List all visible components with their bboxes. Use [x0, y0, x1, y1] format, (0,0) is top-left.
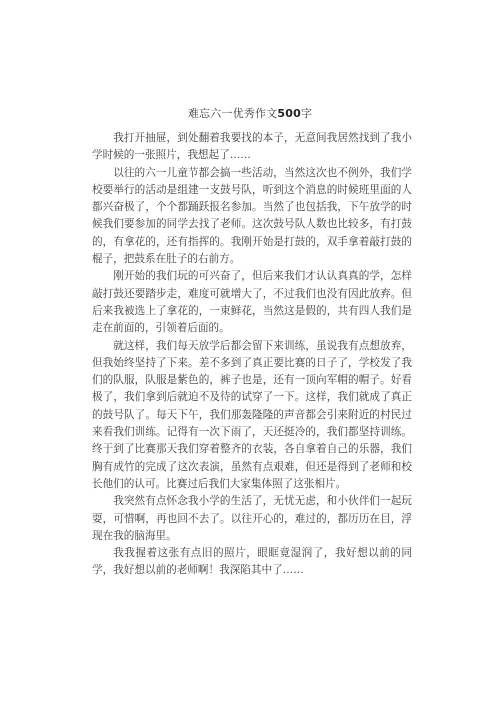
paragraph-3: 刚开始的我们玩的可兴奋了，但后来我们才认认真真的学，怎样敲打鼓还要踏步走，难度可…	[92, 268, 412, 337]
paragraph-5: 我突然有点怀念我小学的生活了，无忧无虑，和小伙伴们一起玩耍，可惜啊，再也回不去了…	[92, 493, 412, 545]
paragraph-1: 我打开抽屉，到处翻着我要找的本子，无意间我居然找到了我小学时候的一张照片，我想起…	[92, 130, 412, 165]
essay-title-suffix: 字	[301, 107, 312, 120]
document-page: 难忘六一优秀作文500字 我打开抽屉，到处翻着我要找的本子，无意间我居然找到了我…	[0, 0, 500, 709]
paragraph-4: 就这样，我们每天放学后都会留下来训练，虽说我有点想放弃，但我始终坚持了下来。差不…	[92, 338, 412, 494]
paragraph-2: 以往的六一儿童节都会搞一些活动，当然这次也不例外，我们学校要举行的活动是组建一支…	[92, 165, 412, 269]
essay-body: 我打开抽屉，到处翻着我要找的本子，无意间我居然找到了我小学时候的一张照片，我想起…	[92, 130, 412, 580]
essay-title: 难忘六一优秀作文500字	[0, 107, 500, 121]
essay-title-text: 难忘六一优秀作文	[188, 107, 278, 120]
essay-title-number: 500	[277, 107, 301, 120]
paragraph-6: 我我握着这张有点旧的照片，眼眶竟湿润了，我好想以前的同学，我好想以前的老师啊！我…	[92, 545, 412, 580]
